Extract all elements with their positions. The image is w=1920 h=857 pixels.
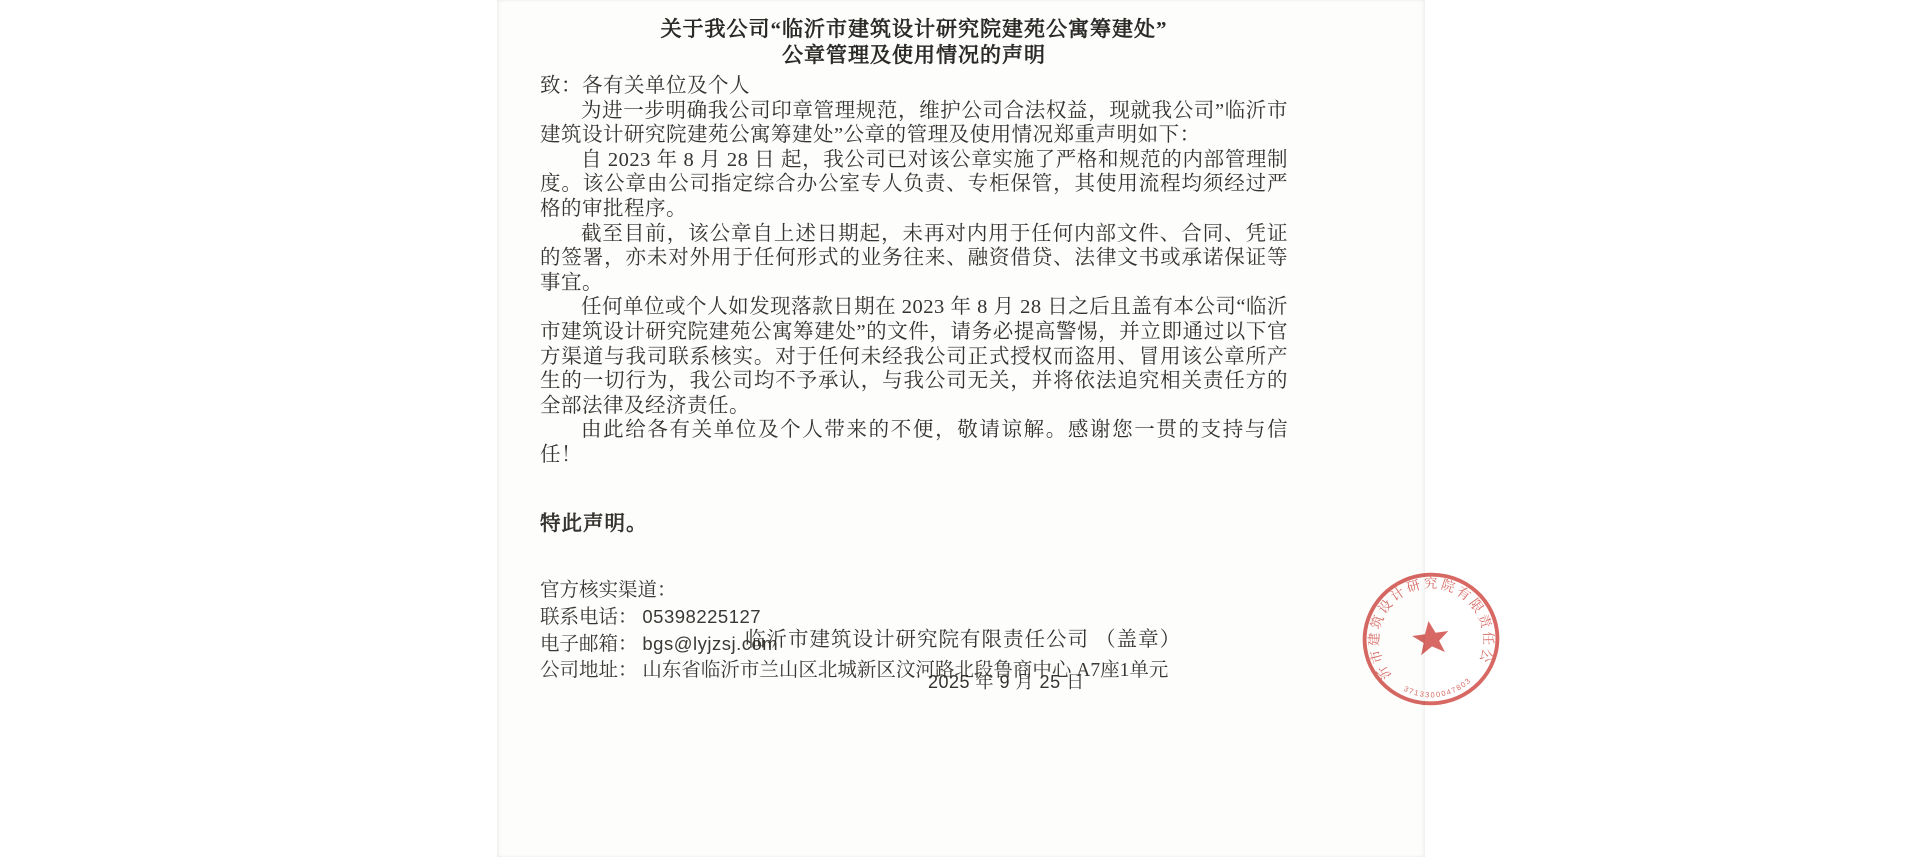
seal-company-text: 临沂市建筑设计研究院有限责任公司 xyxy=(1357,566,1501,684)
email-label: 电子邮箱： xyxy=(540,634,638,655)
paragraph-usage: 截至目前，该公章自上述日期起，未再对内用于任何内部文件、合同、凭证的签署，亦未对… xyxy=(540,222,1288,296)
closing-statement: 特此声明。 xyxy=(540,506,1288,536)
company-address: 山东省临沂市兰山区北城新区汶河路北段鲁商中心 A7座1单元 xyxy=(642,660,1168,681)
contact-heading: 官方核实渠道： xyxy=(540,578,1288,604)
paragraph-apology: 由此给各有关单位及个人带来的不便，敬请谅解。感谢您一贯的支持与信任！ xyxy=(540,418,1288,467)
document-date: 2025 年 9 月 25 日 xyxy=(928,668,1085,694)
document-content: 关于我公司“临沂市建筑设计研究院建苑公寓筹建处” 公章管理及使用情况的声明 致：… xyxy=(540,16,1288,684)
seal-star-icon xyxy=(1410,618,1451,656)
paragraph-intro: 为进一步明确我公司印章管理规范，维护公司合法权益，现就我公司”临沂市建筑设计研究… xyxy=(540,99,1288,148)
paragraph-management: 自 2023 年 8 月 28 日 起，我公司已对该公章实施了严格和规范的内部管… xyxy=(540,148,1288,222)
phone-label: 联系电话： xyxy=(540,607,638,628)
document-title-line2: 公章管理及使用情况的声明 xyxy=(540,42,1288,68)
address-label: 公司地址： xyxy=(540,660,638,681)
date-value: 2025 年 9 月 25 日 xyxy=(928,672,1085,692)
company-signature: 临沂市建筑设计研究院有限责任公司 （盖章） xyxy=(745,622,1181,652)
paragraph-warning: 任何单位或个人如发现落款日期在 2023 年 8 月 28 日之后且盖有本公司“… xyxy=(540,295,1288,418)
salutation: 致：各有关单位及个人 xyxy=(540,74,1288,99)
seal-border xyxy=(1356,566,1505,712)
document-title-line1: 关于我公司“临沂市建筑设计研究院建苑公寓筹建处” xyxy=(540,16,1288,42)
phone-number: 05398225127 xyxy=(642,606,761,627)
document-sheet: 关于我公司“临沂市建筑设计研究院建苑公寓筹建处” 公章管理及使用情况的声明 致：… xyxy=(497,0,1425,857)
official-seal-stamp: 临沂市建筑设计研究院有限责任公司 3713300047803 xyxy=(1335,553,1526,725)
seal-serial-number: 3713300047803 xyxy=(1401,675,1474,704)
scanned-statement-page: 关于我公司“临沂市建筑设计研究院建苑公寓筹建处” 公章管理及使用情况的声明 致：… xyxy=(0,0,1920,857)
contact-address-row: 公司地址： 山东省临沂市兰山区北城新区汶河路北段鲁商中心 A7座1单元 xyxy=(540,658,1288,684)
